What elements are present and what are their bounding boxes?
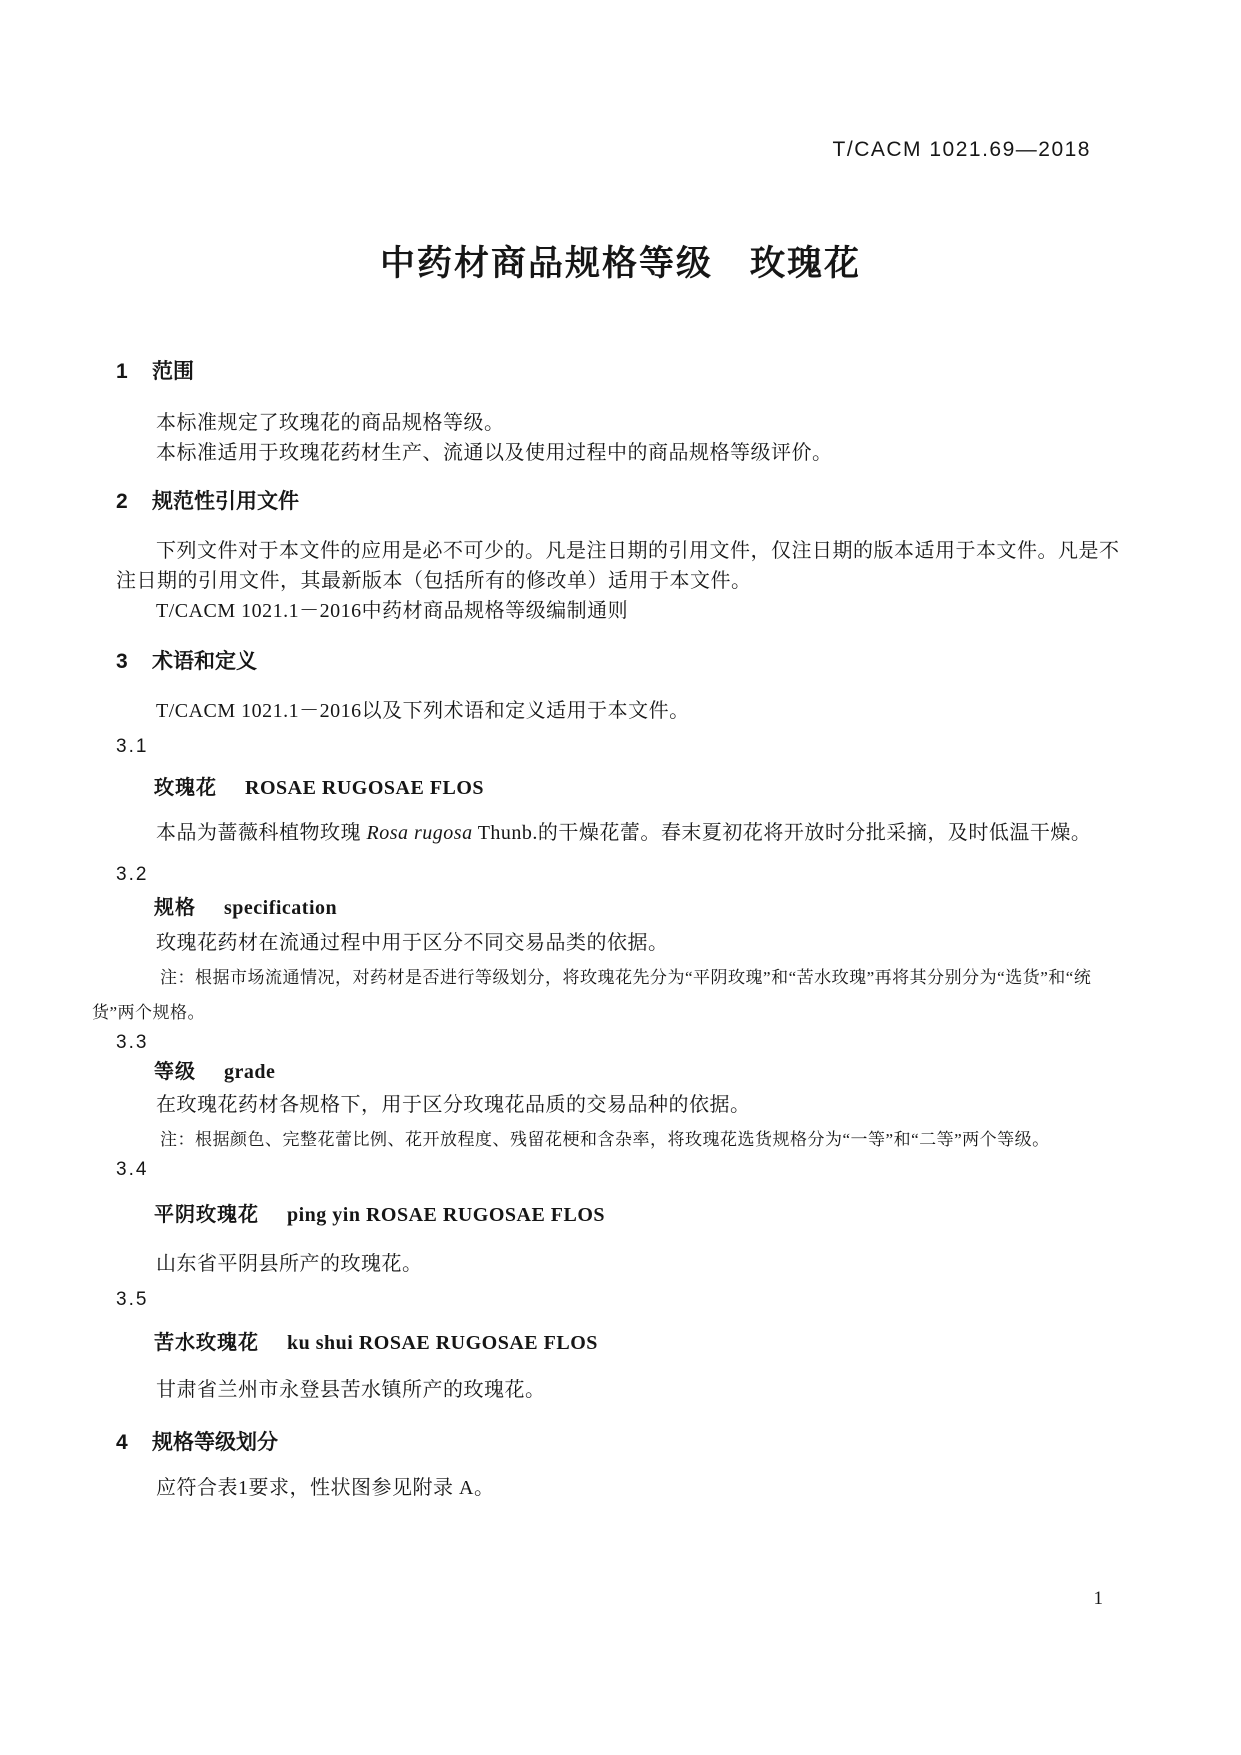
term-3-3-note: 注：根据颜色、完整花蕾比例、花开放程度、残留花梗和含杂率，将玫瑰花选货规格分为“… (92, 1122, 1125, 1157)
term-3-3-en: grade (224, 1061, 275, 1083)
term-3-4-number: 3.4 (116, 1159, 1125, 1181)
term-3-5-definition: 甘肃省兰州市永登县苦水镇所产的玫瑰花。 (116, 1375, 1125, 1405)
term-3-5-en: ku shui ROSAE RUGOSAE FLOS (287, 1332, 598, 1354)
section-2-paragraph-1: 下列文件对于本文件的应用是必不可少的。凡是注日期的引用文件，仅注日期的版本适用于… (116, 536, 1125, 596)
term-3-5-number: 3.5 (116, 1289, 1125, 1311)
term-3-2-note: 注：根据市场流通情况，对药材是否进行等级划分，将玫瑰花先分为“平阴玫瑰”和“苦水… (92, 960, 1125, 1030)
term-3-4-zh: 平阴玫瑰花 (154, 1204, 259, 1226)
page-number: 1 (1094, 1588, 1104, 1610)
term-3-2-definition: 玫瑰花药材在流通过程中用于区分不同交易品类的依据。 (116, 928, 1125, 958)
section-2-heading: 2规范性引用文件 (116, 488, 1125, 516)
term-3-1: 玫瑰花ROSAE RUGOSAE FLOS (154, 774, 1125, 802)
section-2-number: 2 (116, 488, 152, 516)
section-1-number: 1 (116, 358, 152, 386)
term-3-2-en: specification (224, 897, 337, 919)
latin-binomial: Rosa rugosa (367, 822, 473, 844)
section-1-paragraph-1: 本标准规定了玫瑰花的商品规格等级。 (116, 408, 1125, 438)
section-4-paragraph-1: 应符合表1要求，性状图参见附录 A。 (116, 1473, 1125, 1503)
section-4-number: 4 (116, 1429, 152, 1457)
section-1-paragraph-2: 本标准适用于玫瑰花药材生产、流通以及使用过程中的商品规格等级评价。 (116, 438, 1125, 468)
term-3-3-zh: 等级 (154, 1061, 196, 1083)
definition-text-pre: 本品为蔷薇科植物玫瑰 (156, 822, 367, 844)
section-3-heading: 3术语和定义 (116, 648, 1125, 676)
section-2-title: 规范性引用文件 (152, 490, 299, 513)
term-3-2-zh: 规格 (154, 897, 196, 919)
section-3-number: 3 (116, 648, 152, 676)
section-2-reference: T/CACM 1021.1－2016中药材商品规格等级编制通则 (116, 596, 1125, 626)
term-3-3-number: 3.3 (116, 1032, 1125, 1054)
section-1-heading: 1范围 (116, 358, 1125, 386)
document-page: T/CACM 1021.69—2018 中药材商品规格等级 玫瑰花 1范围 本标… (0, 0, 1241, 1755)
term-3-3: 等级grade (154, 1058, 1125, 1086)
term-3-1-en: ROSAE RUGOSAE FLOS (245, 777, 484, 799)
term-3-1-zh: 玫瑰花 (154, 777, 217, 799)
term-3-2-number: 3.2 (116, 864, 1125, 886)
page-content: T/CACM 1021.69—2018 中药材商品规格等级 玫瑰花 1范围 本标… (0, 138, 1241, 1503)
section-3-title: 术语和定义 (152, 650, 257, 673)
term-3-4-definition: 山东省平阴县所产的玫瑰花。 (116, 1249, 1125, 1279)
term-3-5: 苦水玫瑰花ku shui ROSAE RUGOSAE FLOS (154, 1329, 1125, 1357)
standard-number: T/CACM 1021.69—2018 (116, 138, 1125, 162)
section-1-title: 范围 (152, 360, 194, 383)
term-3-2: 规格specification (154, 894, 1125, 922)
section-3-intro: T/CACM 1021.1－2016以及下列术语和定义适用于本文件。 (116, 696, 1125, 726)
term-3-1-number: 3.1 (116, 736, 1125, 758)
term-3-4-en: ping yin ROSAE RUGOSAE FLOS (287, 1204, 605, 1226)
section-4-heading: 4规格等级划分 (116, 1429, 1125, 1457)
term-3-1-definition: 本品为蔷薇科植物玫瑰 Rosa rugosa Thunb.的干燥花蕾。春末夏初花… (116, 818, 1125, 848)
term-3-3-definition: 在玫瑰花药材各规格下，用于区分玫瑰花品质的交易品种的依据。 (116, 1090, 1125, 1120)
term-3-4: 平阴玫瑰花ping yin ROSAE RUGOSAE FLOS (154, 1201, 1125, 1229)
section-4-title: 规格等级划分 (152, 1431, 278, 1454)
definition-text-post: Thunb.的干燥花蕾。春末夏初花将开放时分批采摘，及时低温干燥。 (473, 822, 1092, 844)
term-3-5-zh: 苦水玫瑰花 (154, 1332, 259, 1354)
document-title: 中药材商品规格等级 玫瑰花 (116, 236, 1125, 286)
